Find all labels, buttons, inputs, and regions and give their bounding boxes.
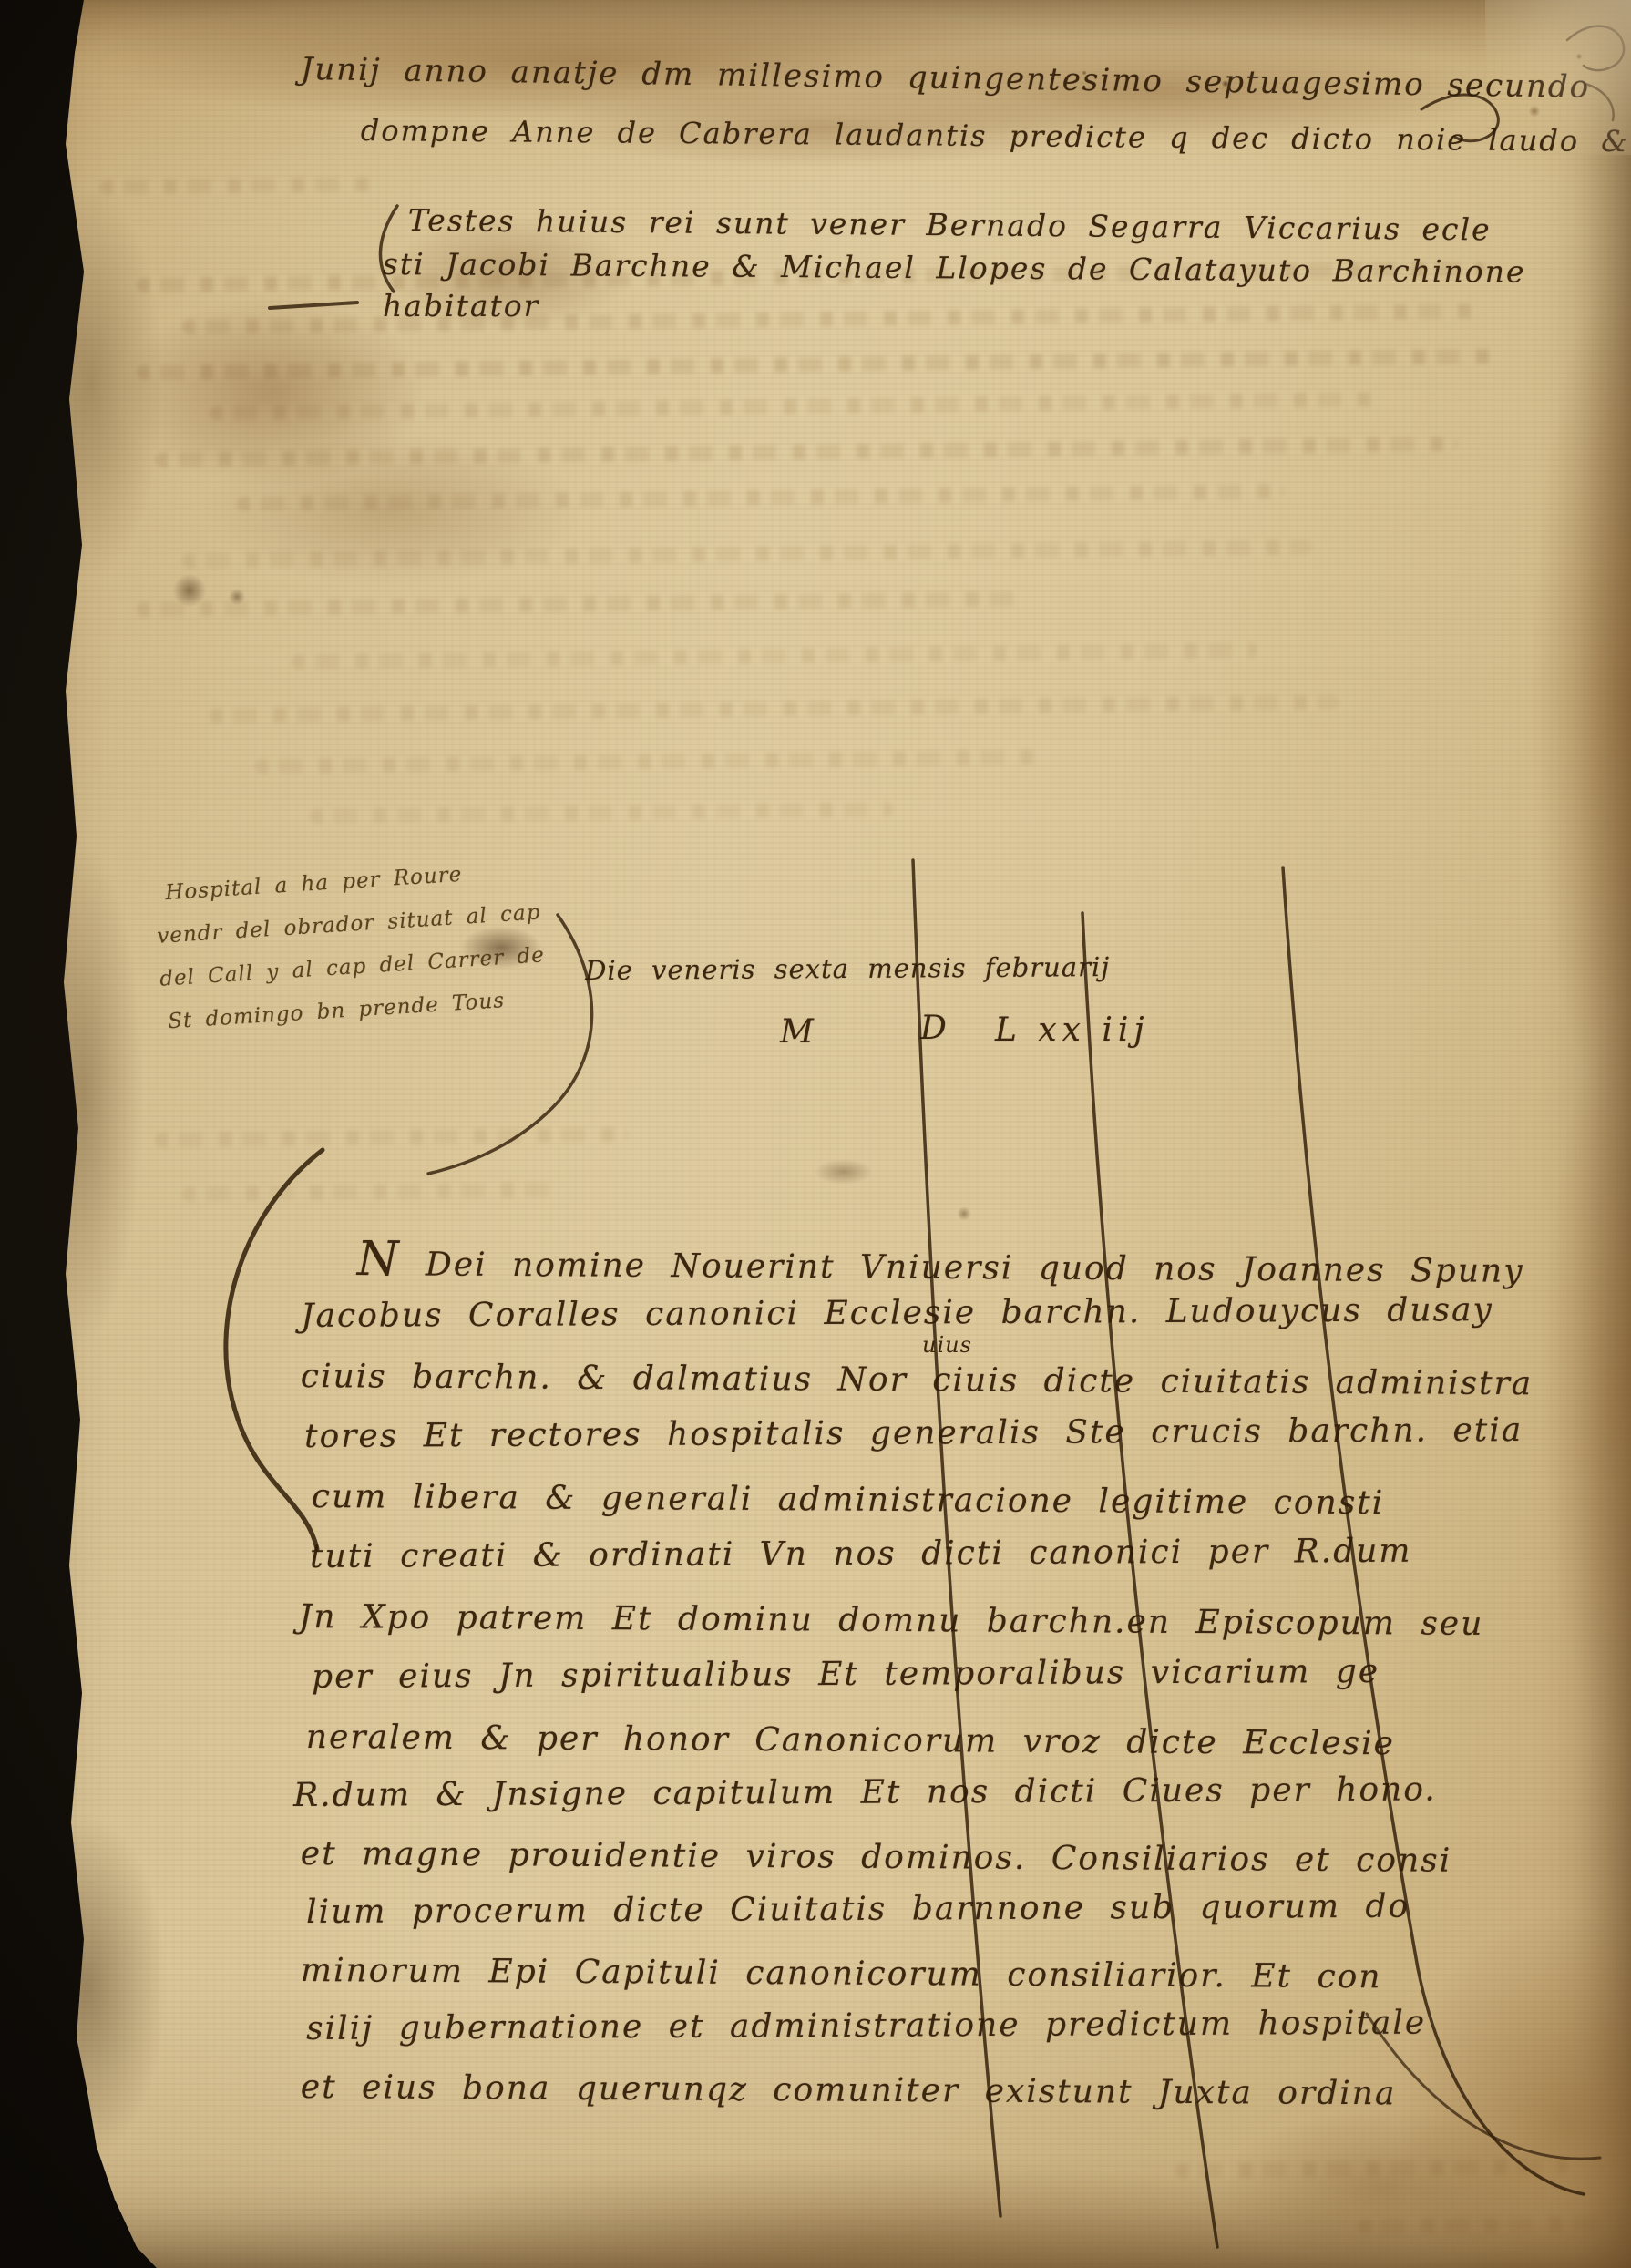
manuscript-line: et eius bona querunqz comuniter existunt…: [301, 2068, 1397, 2112]
bleedthrough-line: [182, 1182, 565, 1201]
bleedthrough-line: [137, 591, 1030, 617]
manuscript-line: Jn Xpo patrem Et dominu domnu barchn.en …: [299, 1598, 1484, 1643]
manuscript-line: cum libera & generali administracione le…: [312, 1478, 1385, 1522]
bleedthrough-line: [210, 694, 1339, 723]
manuscript-line: Junij anno anatje dm millesimo quingente…: [300, 51, 1590, 106]
manuscript-line: N Dei nomine Nouerint Vniuersi quod nos …: [357, 1232, 1524, 1294]
roman-numeral-m: M: [780, 1013, 819, 1051]
manuscript-line: sti Jacobi Barchne & Michael Llopes de C…: [383, 246, 1526, 290]
bleedthrough-line: [100, 177, 374, 195]
roman-numeral-lxxiij: L xx iij: [995, 1011, 1150, 1049]
manuscript-line: minorum Epi Capituli canonicorum consili…: [301, 1952, 1382, 1996]
date-heading-line: Die veneris sexta mensis februarij: [585, 951, 1110, 986]
manuscript-line: Jacobus Coralles canonici Ecclesie barch…: [301, 1291, 1493, 1335]
manuscript-line: et magne prouidentie viros dominos. Cons…: [301, 1835, 1452, 1880]
manuscript-line: Testes huius rei sunt vener Bernado Sega…: [408, 202, 1492, 247]
bleedthrough-line: [182, 303, 1476, 334]
manuscript-line: R.dum & Jnsigne capitulum Et nos dicti C…: [293, 1770, 1437, 1814]
manuscript-line: tores Et rectores hospitalis generalis S…: [304, 1411, 1523, 1455]
bleedthrough-line: [255, 750, 1039, 775]
manuscript-line: silij gubernatione et administratione pr…: [306, 2005, 1426, 2047]
scan-backdrop: Junij anno anatje dm millesimo quingente…: [0, 0, 1631, 2268]
manuscript-line: per eius Jn spiritualibus Et temporalibu…: [312, 1653, 1380, 1696]
opening-brace: [226, 1150, 323, 1549]
manuscript-line: tuti creati & ordinati Vn nos dicti cano…: [310, 1533, 1412, 1575]
manuscript-line: neralem & per honor Canonicorum vroz dic…: [306, 1719, 1395, 1762]
manuscript-page: Junij anno anatje dm millesimo quingente…: [0, 0, 1631, 2268]
bleedthrough-line: [210, 392, 1376, 421]
bleedthrough-line: [1358, 2216, 1604, 2233]
manuscript-line: ciuis barchn. & dalmatius Nor ciuis dict…: [301, 1358, 1534, 1402]
margin-note: Hospital a ha per Roure vendr del obrado…: [153, 845, 619, 1044]
bleedthrough-line: [292, 643, 1257, 670]
habitator-dash: [270, 303, 357, 308]
bleedthrough-line: [310, 802, 893, 824]
cancellation-stroke: [1082, 913, 1217, 2247]
manuscript-line: dompne Anne de Cabrera laudantis predict…: [361, 113, 1631, 159]
bleedthrough-line: [137, 349, 1494, 380]
bleedthrough-line: [237, 484, 1285, 511]
interlinear-correction: uius: [922, 1332, 972, 1358]
bleedthrough-line: [182, 539, 1312, 568]
manuscript-line: habitator: [383, 288, 539, 323]
roman-numeral-d: D: [920, 1010, 952, 1047]
bleedthrough-line: [1175, 2159, 1567, 2178]
bleedthrough-line: [155, 1127, 629, 1147]
manuscript-line: lium procerum dicte Ciuitatis barnnone s…: [306, 1888, 1410, 1931]
bleedthrough-line: [155, 436, 1458, 467]
